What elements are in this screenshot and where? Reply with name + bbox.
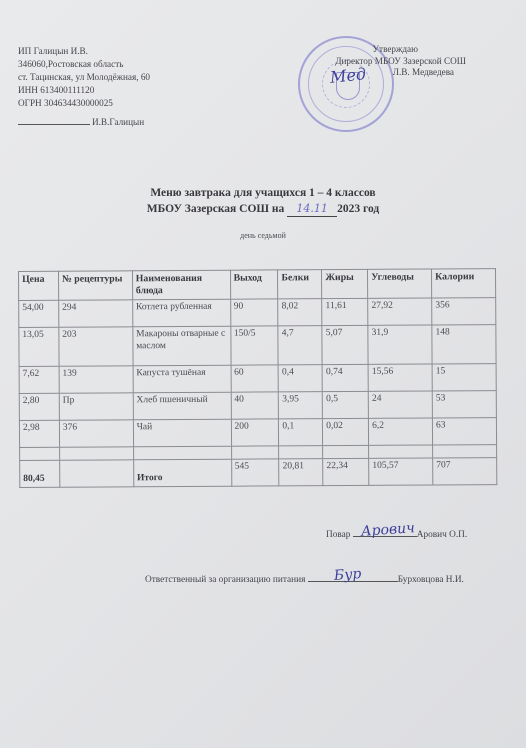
title-line-1: Меню завтрака для учащихся 1 – 4 классов	[0, 186, 526, 201]
responsible-signature: Бур	[333, 566, 361, 584]
total-yield: 545	[231, 459, 279, 486]
cell-recipe: Пр	[59, 393, 133, 420]
cell-calories: 356	[432, 298, 496, 325]
cell-dish: Макароны отварные с маслом	[133, 326, 231, 366]
header-recipe: № рецептуры	[58, 271, 132, 300]
cell-fat: 5,07	[322, 325, 368, 364]
day-subtitle: день седьмой	[0, 231, 526, 240]
cell-yield: 40	[231, 392, 279, 419]
cell-protein: 8,02	[278, 299, 322, 326]
cell-fat: 0,02	[323, 418, 369, 445]
handwritten-date: 14.11	[287, 201, 337, 217]
cell-yield: 90	[230, 299, 278, 326]
cell-price: 7,62	[19, 366, 59, 393]
cell-protein: 3,95	[279, 392, 323, 419]
cell-carbs: 27,92	[368, 298, 432, 325]
cell-recipe: 294	[59, 300, 133, 327]
cell-yield: 200	[231, 419, 279, 446]
total-calories: 707	[433, 458, 497, 485]
table-row: 2,98 376 Чай 200 0,1 0,02 6,2 63	[19, 418, 496, 448]
table-header-row: Цена № рецептуры Наименования блюда Выхо…	[19, 269, 496, 301]
header-yield: Выход	[230, 270, 278, 299]
cell-carbs: 24	[368, 391, 432, 418]
total-protein: 20,81	[279, 459, 323, 486]
approval-block: Утверждаю Директор МБОУ Зазерской СОШ Л.…	[300, 44, 466, 79]
responsible-signature-line: Ответственный за организацию питания Бур…	[145, 575, 464, 585]
responsible-label: Ответственный за организацию питания	[145, 575, 305, 585]
org-signature-line: И.В.Галицын	[18, 116, 150, 129]
total-carbs: 105,57	[369, 458, 433, 485]
table-row: 54,00 294 Котлета рубленная 90 8,02 11,6…	[19, 298, 496, 328]
cook-signature-line: Повар АровичАрович О.П.	[326, 530, 467, 540]
cell-recipe: 376	[59, 420, 133, 447]
cell-calories: 15	[432, 364, 496, 391]
org-name: ИП Галицын И.В.	[18, 45, 150, 58]
menu-table: Цена № рецептуры Наименования блюда Выхо…	[18, 268, 497, 488]
cell-carbs: 15,56	[368, 364, 432, 391]
cell-dish: Хлеб пшеничный	[133, 392, 231, 420]
total-recipe	[60, 460, 134, 487]
approval-name: Л.В. Медведева	[300, 67, 466, 79]
cook-label: Повар	[326, 530, 350, 540]
cell-dish: Котлета рубленная	[132, 299, 230, 327]
cook-signature: Арович	[360, 520, 415, 540]
cell-fat: 0,74	[322, 364, 368, 391]
cell-carbs: 6,2	[369, 418, 433, 445]
cell-dish: Чай	[133, 419, 231, 447]
cell-calories: 63	[432, 418, 496, 445]
cell-price: 2,98	[19, 420, 59, 447]
cell-carbs: 31,9	[368, 325, 432, 364]
total-label: Итого	[133, 459, 231, 487]
org-address-1: 346060,Ростовская область	[18, 58, 150, 71]
approval-label: Утверждаю	[300, 44, 466, 56]
table-row: 2,80 Пр Хлеб пшеничный 40 3,95 0,5 24 53	[19, 391, 496, 421]
org-inn: ИНН 613400111120	[18, 84, 150, 97]
cell-fat: 0,5	[323, 391, 369, 418]
director-signature: Meд	[329, 64, 367, 87]
approval-position: Директор МБОУ Зазерской СОШ	[300, 56, 466, 68]
cell-fat: 11,61	[322, 298, 368, 325]
org-address-2: ст. Тацинская, ул Молодёжная, 60	[18, 71, 150, 84]
cell-protein: 0,1	[279, 419, 323, 446]
cell-protein: 4,7	[278, 326, 322, 365]
cell-dish: Капуста тушёная	[133, 365, 231, 393]
document-title: Меню завтрака для учащихся 1 – 4 классов…	[0, 186, 526, 217]
cell-protein: 0,4	[278, 365, 322, 392]
cell-yield: 150/5	[230, 326, 278, 365]
title-school: МБОУ Зазерская СОШ на	[147, 203, 284, 215]
title-year: 2023 год	[337, 203, 379, 215]
cell-recipe: 139	[59, 366, 133, 393]
header-price: Цена	[19, 271, 59, 300]
header-fat: Жиры	[322, 269, 368, 298]
cell-recipe: 203	[59, 327, 133, 366]
cell-calories: 53	[432, 391, 496, 418]
organization-block: ИП Галицын И.В. 346060,Ростовская област…	[18, 45, 150, 129]
table-total-row: 80,45 Итого 545 20,81 22,34 105,57 707	[20, 458, 497, 488]
cook-name: Арович О.П.	[417, 530, 467, 540]
total-price: 80,45	[20, 460, 60, 487]
total-fat: 22,34	[323, 458, 369, 485]
cell-calories: 148	[432, 325, 496, 364]
header-protein: Белки	[278, 270, 322, 299]
header-dish: Наименования блюда	[132, 270, 230, 300]
title-line-2: МБОУ Зазерская СОШ на 14.112023 год	[0, 201, 526, 217]
cell-price: 2,80	[19, 393, 59, 420]
table-row: 7,62 139 Капуста тушёная 60 0,4 0,74 15,…	[19, 364, 496, 394]
cell-price: 54,00	[19, 300, 59, 327]
org-signature-name: И.В.Галицын	[92, 117, 144, 127]
table-row: 13,05 203 Макароны отварные с маслом 150…	[19, 325, 496, 367]
responsible-name: Бурховцова Н.И.	[398, 575, 464, 585]
cell-price: 13,05	[19, 327, 59, 366]
header-carbs: Углеводы	[368, 269, 432, 298]
cell-yield: 60	[231, 365, 279, 392]
org-ogrn: ОГРН 304634430000025	[18, 97, 150, 110]
header-calories: Калории	[432, 269, 496, 298]
